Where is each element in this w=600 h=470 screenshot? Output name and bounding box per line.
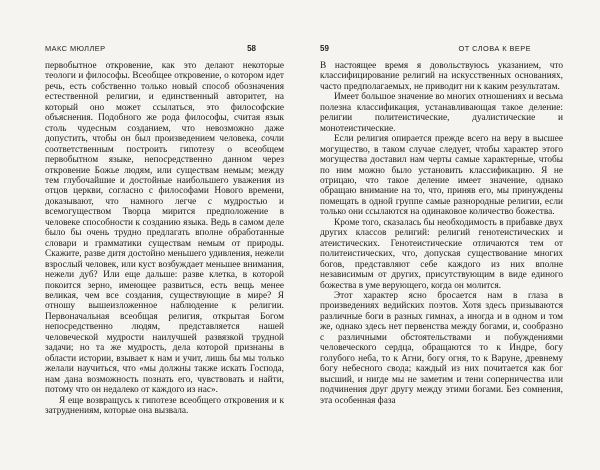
right-page-number: 59 (320, 44, 329, 53)
left-page-body: первобытное откровение, как это делают н… (45, 61, 284, 416)
paragraph: Этот характер ясно бросается нам в глаза… (320, 291, 563, 406)
book-spread: МАКС МЮЛЛЕР 58 59 ОТ СЛОВА К ВЕРЕ первоб… (0, 0, 600, 470)
running-head-author: МАКС МЮЛЛЕР (45, 44, 106, 53)
paragraph: Кроме того, сказалась бы необходимость в… (320, 218, 563, 291)
paragraph: Имеет большое значение во многих отношен… (320, 92, 563, 134)
running-head-book-title: ОТ СЛОВА К ВЕРЕ (459, 44, 532, 53)
paragraph: В настоящее время я довольствуюсь указан… (320, 61, 563, 92)
paragraph: первобытное откровение, как это делают н… (45, 61, 284, 396)
paragraph: Я еще возвращусь к гипотезе всеобщего от… (45, 396, 284, 417)
left-page-number: 58 (247, 44, 256, 53)
right-page-body: В настоящее время я довольствуюсь указан… (320, 61, 563, 406)
left-page-running-head: МАКС МЮЛЛЕР 58 (45, 44, 256, 53)
right-page-running-head: 59 ОТ СЛОВА К ВЕРЕ (320, 44, 531, 53)
paragraph: Если религия опирается прежде всего на в… (320, 134, 563, 218)
